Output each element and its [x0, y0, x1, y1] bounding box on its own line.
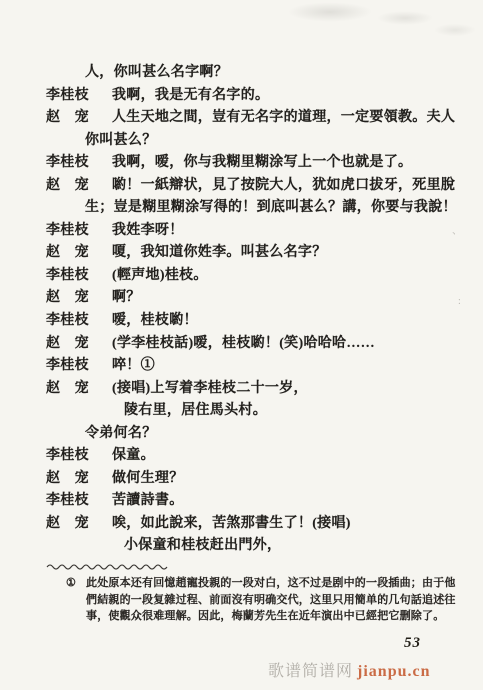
speech-text: 人，你叫甚么名字啊？ — [85, 62, 463, 85]
speaker-name: 李桂枝 — [46, 265, 112, 288]
watermark-site-name: 歌谱简谱网 — [268, 663, 353, 680]
speech-text: 啐！① — [112, 355, 463, 378]
speaker-name: 赵 宠 — [46, 175, 112, 198]
footnote-line: 事，使觀众很难理解。因此，梅蘭芳先生在近年演出中已經把它删除了。 — [86, 608, 458, 625]
dialogue-line: 赵 宠啊？ — [46, 287, 463, 310]
dialogue-line: 李桂枝保童。 — [46, 445, 463, 468]
page-number: 53 — [404, 635, 421, 652]
speech-text: 保童。 — [112, 445, 463, 468]
speech-text: 苦讀詩書。 — [112, 490, 463, 513]
scan-artifact: : — [458, 296, 461, 307]
speech-text: 唉，如此說来，苦煞那書生了！(接唱) — [112, 513, 463, 536]
watermark: 歌谱简谱网jianpu.cn — [268, 658, 430, 681]
dialogue-line: 赵 宠嗄，我知道你姓李。叫甚么名字？ — [46, 242, 463, 265]
dialogue-line: 赵 宠人生天地之間，豈有无名字的道理，一定要領教。夫人 — [46, 107, 463, 130]
speaker-name: 李桂枝 — [46, 152, 112, 175]
dialogue-line: 李桂枝我啊，嗳，你与我糊里糊涂写上一个也就是了。 — [46, 152, 463, 175]
speaker-name: 赵 宠 — [46, 333, 112, 356]
speaker-name: 李桂枝 — [46, 310, 112, 333]
dialogue-line: 生；豈是糊里糊涂写得的！到底叫甚么？講，你要与我說！ — [46, 197, 463, 220]
speaker-name: 赵 宠 — [46, 468, 112, 491]
footnote: ① 此处原本还有回憶趙寵投親的一段对白，这不过是剧中的一段插曲；由于他 們結親的… — [86, 575, 458, 625]
speech-text: (接唱)上写着李桂枝二十一岁， — [112, 378, 463, 401]
book-page: 人，你叫甚么名字啊？ 李桂枝我啊，我是无有名字的。 赵 宠人生天地之間，豈有无名… — [0, 0, 483, 690]
speech-text: 我姓李呀！ — [112, 220, 463, 243]
dialogue-line: 李桂枝我啊，我是无有名字的。 — [46, 85, 463, 108]
speaker-name: 赵 宠 — [46, 107, 112, 130]
speech-text: 你叫甚么？ — [85, 130, 463, 153]
speech-text: 喲！一紙辯状，見了按院大人，犹如虎口拔牙，死里脫 — [112, 175, 463, 198]
dialogue-line: 赵 宠唉，如此說来，苦煞那書生了！(接唱) — [46, 513, 463, 536]
footnote-line: 們結親的一段复雜过程、前面沒有明确交代，这里只用簡单的几句話追述往 — [86, 592, 458, 609]
dialogue-line: 李桂枝苦讀詩書。 — [46, 490, 463, 513]
dialogue-line: 李桂枝啐！① — [46, 355, 463, 378]
dialogue-line: 令弟何名？ — [46, 423, 463, 446]
dialogue-line: 小保童和桂枝赶出門外， — [46, 535, 463, 558]
speech-text: 生；豈是糊里糊涂写得的！到底叫甚么？講，你要与我說！ — [85, 197, 463, 220]
speech-text: 我啊，我是无有名字的。 — [112, 85, 463, 108]
footnote-line: 此处原本还有回憶趙寵投親的一段对白，这不过是剧中的一段插曲；由于他 — [86, 575, 458, 592]
speech-text: 小保童和桂枝赶出門外， — [124, 535, 463, 558]
dialogue-line: 赵 宠(接唱)上写着李桂枝二十一岁， — [46, 378, 463, 401]
speaker-name: 李桂枝 — [46, 445, 112, 468]
speaker-name: 赵 宠 — [46, 513, 112, 536]
speech-text: 嗄，我知道你姓李。叫甚么名字？ — [112, 242, 463, 265]
speech-text: 啊？ — [112, 287, 463, 310]
dialogue-line: 赵 宠(学李桂枝話)嗳，桂枝喲！(笑)哈哈哈…… — [46, 333, 463, 356]
watermark-site-url: jianpu.cn — [357, 663, 430, 680]
speech-text: 做何生理？ — [112, 468, 463, 491]
dialogue-line: 陵右里，居住馬头村。 — [46, 400, 463, 423]
speech-text: 我啊，嗳，你与我糊里糊涂写上一个也就是了。 — [112, 152, 463, 175]
speaker-name: 李桂枝 — [46, 85, 112, 108]
speaker-name: 李桂枝 — [46, 355, 112, 378]
speech-text: (学李桂枝話)嗳，桂枝喲！(笑)哈哈哈…… — [112, 333, 463, 356]
speech-text: 嗳，桂枝喲！ — [112, 310, 463, 333]
dialogue-line: 赵 宠做何生理？ — [46, 468, 463, 491]
dialogue-line: 李桂枝(輕声地)桂枝。 — [46, 265, 463, 288]
dialogue-line: 李桂枝嗳，桂枝喲！ — [46, 310, 463, 333]
dialogue-line: 人，你叫甚么名字啊？ — [46, 62, 463, 85]
dialogue-line: 李桂枝我姓李呀！ — [46, 220, 463, 243]
speech-text: (輕声地)桂枝。 — [112, 265, 463, 288]
scan-artifact: 、 — [452, 222, 462, 237]
dialogue-block: 人，你叫甚么名字啊？ 李桂枝我啊，我是无有名字的。 赵 宠人生天地之間，豈有无名… — [46, 62, 463, 558]
speaker-name: 赵 宠 — [46, 378, 112, 401]
footnote-separator-squiggle — [46, 563, 168, 571]
speaker-name: 李桂枝 — [46, 490, 112, 513]
speaker-name: 李桂枝 — [46, 220, 112, 243]
speech-text: 陵右里，居住馬头村。 — [124, 400, 463, 423]
speech-text: 令弟何名？ — [85, 423, 463, 446]
dialogue-line: 赵 宠喲！一紙辯状，見了按院大人，犹如虎口拔牙，死里脫 — [46, 175, 463, 198]
speech-text: 人生天地之間，豈有无名字的道理，一定要領教。夫人 — [112, 107, 463, 130]
footnote-marker: ① — [66, 576, 76, 589]
dialogue-line: 你叫甚么？ — [46, 130, 463, 153]
speaker-name: 赵 宠 — [46, 242, 112, 265]
speaker-name: 赵 宠 — [46, 287, 112, 310]
